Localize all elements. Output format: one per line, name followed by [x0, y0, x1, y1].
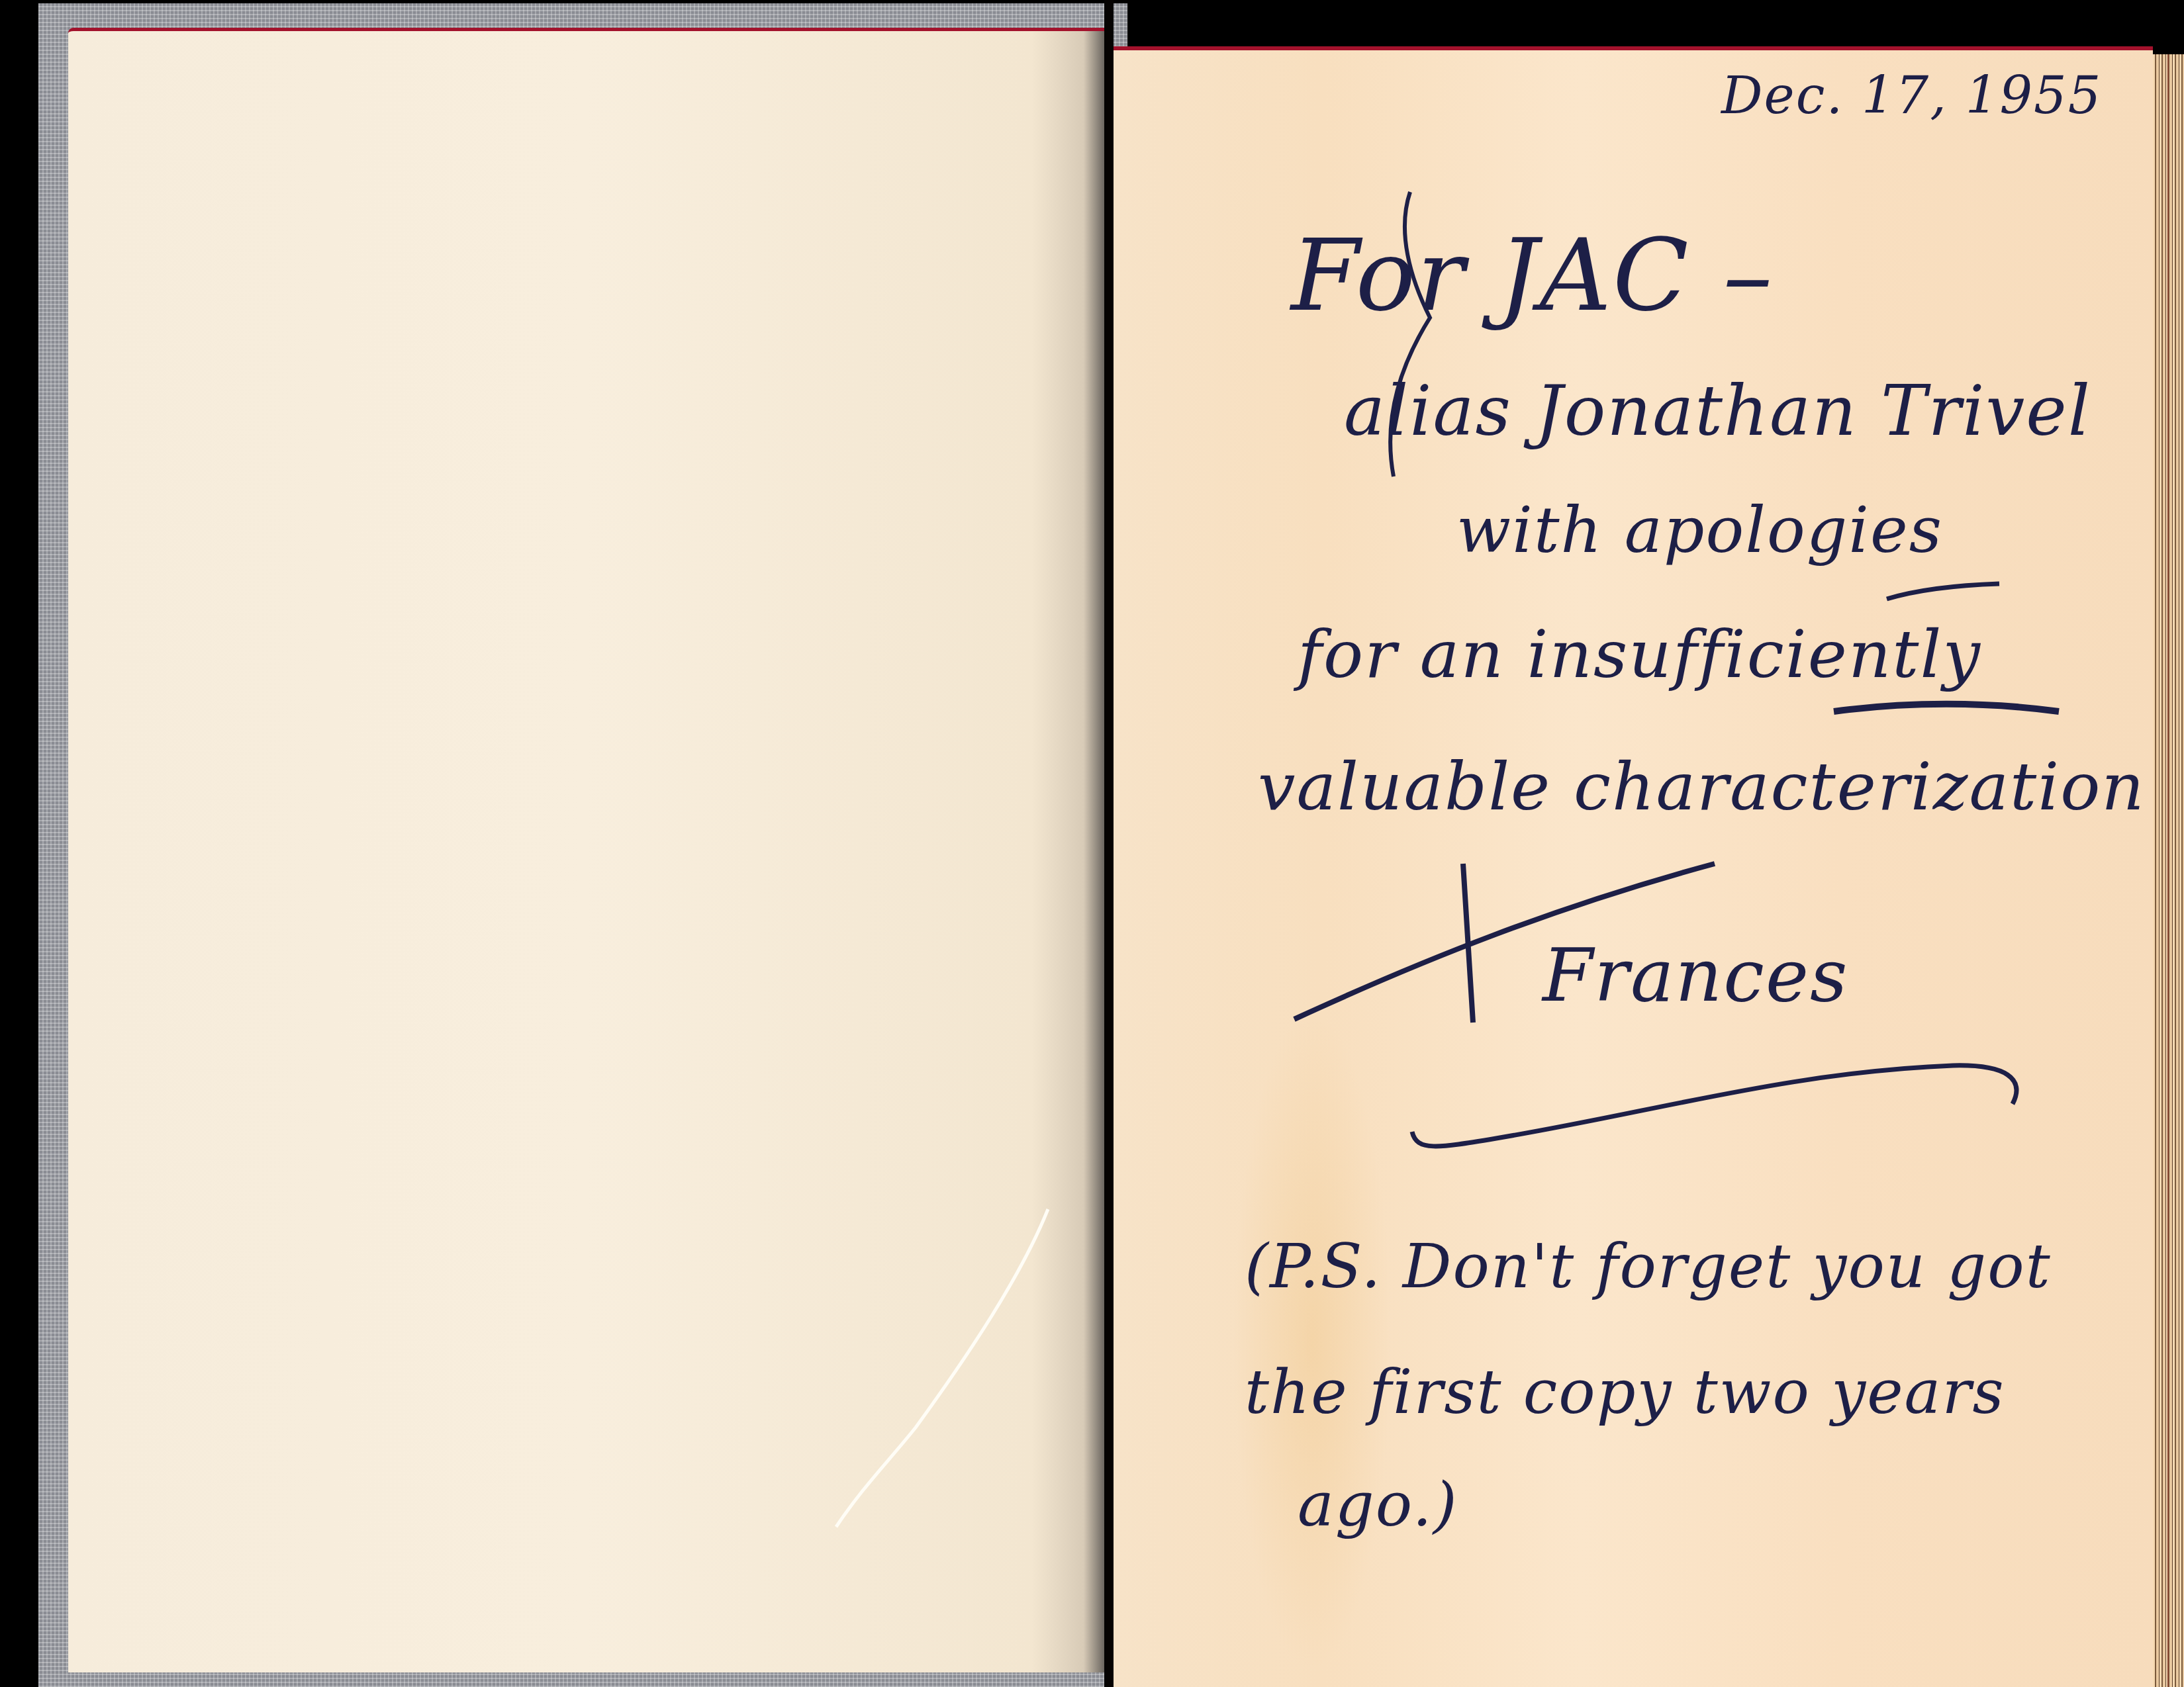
inscription-line-5: valuable characterization	[1258, 748, 2146, 825]
inscription-line-2: alias Jonathan Trivel	[1344, 371, 2091, 451]
inscription-line-3: with apologies	[1456, 493, 1943, 567]
book-gutter	[1104, 0, 1114, 1687]
inscription-line-4: for an insufficiently	[1298, 616, 1981, 693]
signature: Frances	[1543, 933, 1849, 1018]
paper-stain	[1233, 1010, 1392, 1672]
page-crease	[68, 31, 1104, 1672]
inscription-date: Dec. 17, 1955	[1721, 66, 2102, 126]
page-edge-line	[2167, 54, 2169, 1687]
postscript-line-2: the first copy two years	[1245, 1357, 2005, 1428]
inscription-line-1: For JAC –	[1291, 218, 1774, 334]
postscript-line-3: ago.)	[1298, 1469, 1458, 1540]
postscript-line-1: (P.S. Don't forget you got	[1245, 1231, 2052, 1302]
left-endpaper	[68, 28, 1104, 1672]
